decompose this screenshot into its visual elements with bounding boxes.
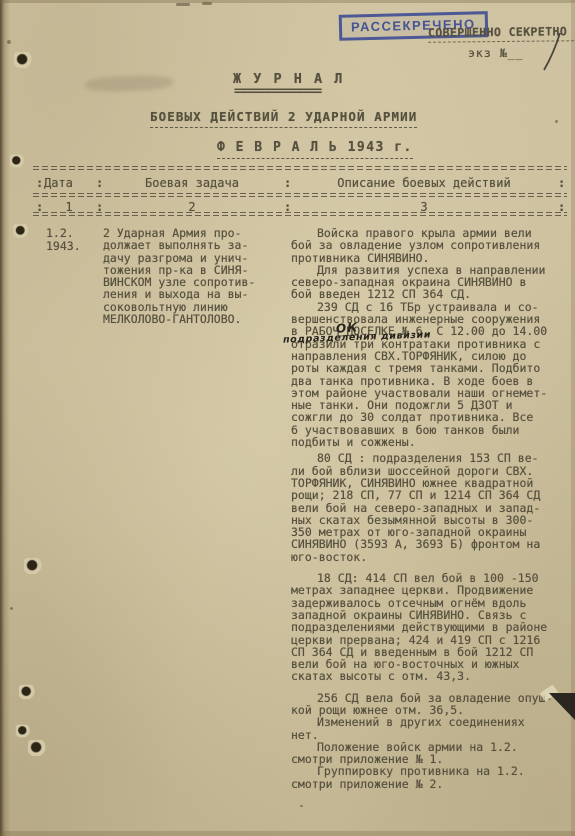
- header-cell-description: Описание боевых действий: [290, 176, 558, 190]
- paper-edge-bottom: [0, 831, 575, 836]
- paper-edge-left: [0, 0, 10, 836]
- punch-hole: [16, 725, 30, 738]
- table-rule-mid: [33, 193, 567, 197]
- log-paragraph: 18 СД: 414 СП вел бой в 100 -150 метрах …: [291, 572, 569, 683]
- log-paragraph: Положение войск армии на 1.2. смотри при…: [291, 741, 569, 766]
- table-separator: :: [558, 200, 565, 214]
- table-separator: :: [36, 176, 43, 190]
- paper-speck: [202, 2, 212, 5]
- log-paragraph: Для развития успеха в направлении северо…: [291, 264, 569, 301]
- header-cell-date: Дата: [44, 176, 73, 190]
- log-paragraph: 239 СД с 16 ТБр устраивала и со- вершенс…: [291, 301, 569, 449]
- entry-description: Войска правого крыла армии вели бой за о…: [291, 227, 569, 790]
- punch-hole: [13, 224, 28, 238]
- table-separator: :: [558, 176, 565, 190]
- paper-speck: [300, 805, 303, 807]
- log-paragraph: Изменений в других соединениях нет.: [291, 716, 569, 741]
- paper-speck: [176, 3, 190, 6]
- log-paragraph: 80 СД : подразделения 153 СП ве- ли бой …: [291, 452, 569, 563]
- entry-date: 1.2. 1943.: [46, 227, 81, 252]
- handwritten-stroke-mark: [541, 30, 563, 74]
- header-cell-task: Боевая задача: [100, 176, 284, 190]
- column-number-1: 1: [42, 200, 96, 214]
- pencil-smudge: [85, 74, 173, 92]
- column-number-3: 3: [290, 200, 558, 214]
- punch-hole: [10, 155, 24, 168]
- page-fold-mark: [549, 693, 575, 720]
- journal-subtitle: БОЕВЫХ ДЕЙСТВИЙ 2 УДАРНОЙ АРМИИ: [150, 109, 417, 128]
- punch-hole: [24, 558, 42, 574]
- journal-title-underline: ==============: [234, 84, 321, 98]
- entry-task: 2 Ударная Армия про- должает выполнять з…: [103, 227, 295, 325]
- paper-speck: [555, 120, 558, 123]
- document-page: РАССЕКРЕЧЕНО СОВЕРШЕННО СЕКРЕТНО экз №__…: [0, 0, 575, 836]
- log-paragraph: 256 СД вела бой за овладение опуш- кой р…: [291, 692, 569, 717]
- paper-speck: [10, 607, 13, 610]
- log-paragraph: Войска правого крыла армии вели бой за о…: [291, 227, 569, 264]
- paper-edge-top: [0, 0, 575, 3]
- paper-speck: [7, 40, 11, 44]
- punch-hole: [19, 685, 35, 699]
- log-paragraph: Группировку противника на 1.2. смотри пр…: [291, 765, 569, 790]
- column-number-2: 2: [100, 200, 284, 214]
- punch-hole: [28, 740, 46, 756]
- punch-hole: [14, 52, 32, 68]
- journal-period: Ф Е В Р А Л Ь 1943 г.: [217, 140, 413, 159]
- table-rule-top: [33, 166, 567, 170]
- copy-number-line: экз №__: [468, 46, 523, 60]
